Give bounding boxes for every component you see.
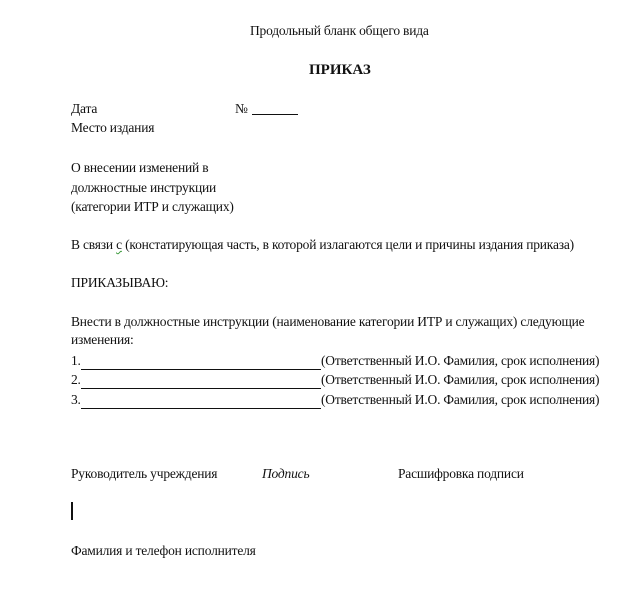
signature-decode-label: Расшифровка подписи (398, 465, 524, 483)
date-label: Дата (71, 100, 97, 118)
order-word: ПРИКАЗЫВАЮ: (71, 274, 168, 292)
item-number: 3. (71, 391, 81, 409)
item-number: 1. (71, 352, 81, 370)
subject-line: должностные инструкции (71, 178, 234, 198)
form-subtitle: Продольный бланк общего вида (250, 22, 429, 40)
items-list: 1.(Ответственный И.О. Фамилия, срок испо… (71, 350, 611, 409)
signature-label: Подпись (262, 465, 309, 483)
item-note: (Ответственный И.О. Фамилия, срок исполн… (321, 352, 599, 370)
body-line: изменения: (71, 331, 584, 349)
order-body: Внести в должностные инструкции (наимено… (71, 313, 584, 349)
preamble: В связи с (констатирующая часть, в котор… (71, 236, 574, 254)
item-blank-line (81, 355, 321, 370)
subject-block: О внесении изменений в должностные инстр… (71, 158, 234, 217)
text-cursor (71, 502, 73, 520)
list-item: 2.(Ответственный И.О. Фамилия, срок испо… (71, 370, 611, 390)
preamble-prefix: В связи (71, 237, 116, 252)
item-blank-line (81, 394, 321, 409)
head-label: Руководитель учреждения (71, 465, 217, 483)
body-line: Внести в должностные инструкции (наимено… (71, 313, 584, 331)
preamble-text: (констатирующая часть, в которой излагаю… (122, 237, 574, 252)
number-blank-line (252, 100, 298, 115)
item-note: (Ответственный И.О. Фамилия, срок исполн… (321, 391, 599, 409)
number-field: № (235, 100, 298, 118)
list-item: 3.(Ответственный И.О. Фамилия, срок испо… (71, 389, 611, 409)
item-blank-line (81, 374, 321, 389)
place-label: Место издания (71, 119, 154, 137)
item-number: 2. (71, 371, 81, 389)
subject-line: О внесении изменений в (71, 158, 234, 178)
executor-label: Фамилия и телефон исполнителя (71, 542, 256, 560)
number-label: № (235, 101, 248, 116)
list-item: 1.(Ответственный И.О. Фамилия, срок испо… (71, 350, 611, 370)
item-note: (Ответственный И.О. Фамилия, срок исполн… (321, 371, 599, 389)
subject-line: (категории ИТР и служащих) (71, 197, 234, 217)
document-title: ПРИКАЗ (309, 61, 371, 79)
